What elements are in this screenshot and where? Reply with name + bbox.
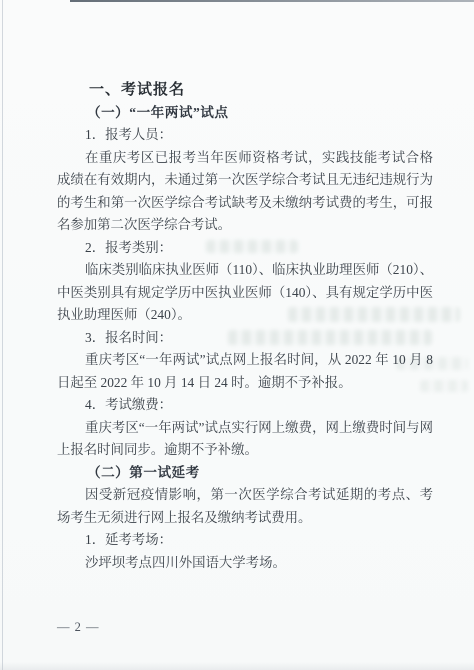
numbered-item: 2．报考类别： (57, 237, 433, 260)
numbered-item: 1．延考考场： (57, 529, 433, 552)
paragraph: 重庆考区“一年两试”试点网上报名时间，从 2022 年 10 月 8 日起至 2… (57, 349, 433, 394)
section-heading: 一、考试报名 (57, 79, 433, 102)
scan-bottom-shade-artifact (0, 662, 474, 670)
paragraph: 在重庆考区已报考当年医师资格考试，实践技能考试合格成绩在有效期内，未通过第一次医… (57, 147, 433, 237)
paragraph: 沙坪坝考点四川外国语大学考场。 (57, 552, 433, 575)
paragraph: 重庆考区“一年两试”试点实行网上缴费，网上缴费时间与网上报名时间同步。逾期不予补… (57, 417, 433, 462)
paragraph: 临床类别临床执业医师（110）、临床执业助理医师（210）、中医类别具有规定学历… (57, 259, 433, 327)
numbered-item: 1．报考人员： (57, 124, 433, 147)
paragraph: 因受新冠疫情影响，第一次医学综合考试延期的考点、考场考生无须进行网上报名及缴纳考… (57, 484, 433, 529)
document-content: 一、考试报名（一）“一年两试”试点1．报考人员：在重庆考区已报考当年医师资格考试… (57, 79, 433, 574)
scanned-document-page: 一、考试报名（一）“一年两试”试点1．报考人员：在重庆考区已报考当年医师资格考试… (0, 0, 474, 670)
scan-top-edge-artifact (70, 0, 474, 2)
subsection-heading: （二）第一试延考 (57, 462, 433, 485)
scan-left-edge-line (2, 0, 3, 670)
numbered-item: 4．考试缴费： (57, 394, 433, 417)
numbered-item: 3．报名时间： (57, 327, 433, 350)
page-number: — 2 — (57, 620, 100, 634)
subsection-heading: （一）“一年两试”试点 (57, 102, 433, 125)
